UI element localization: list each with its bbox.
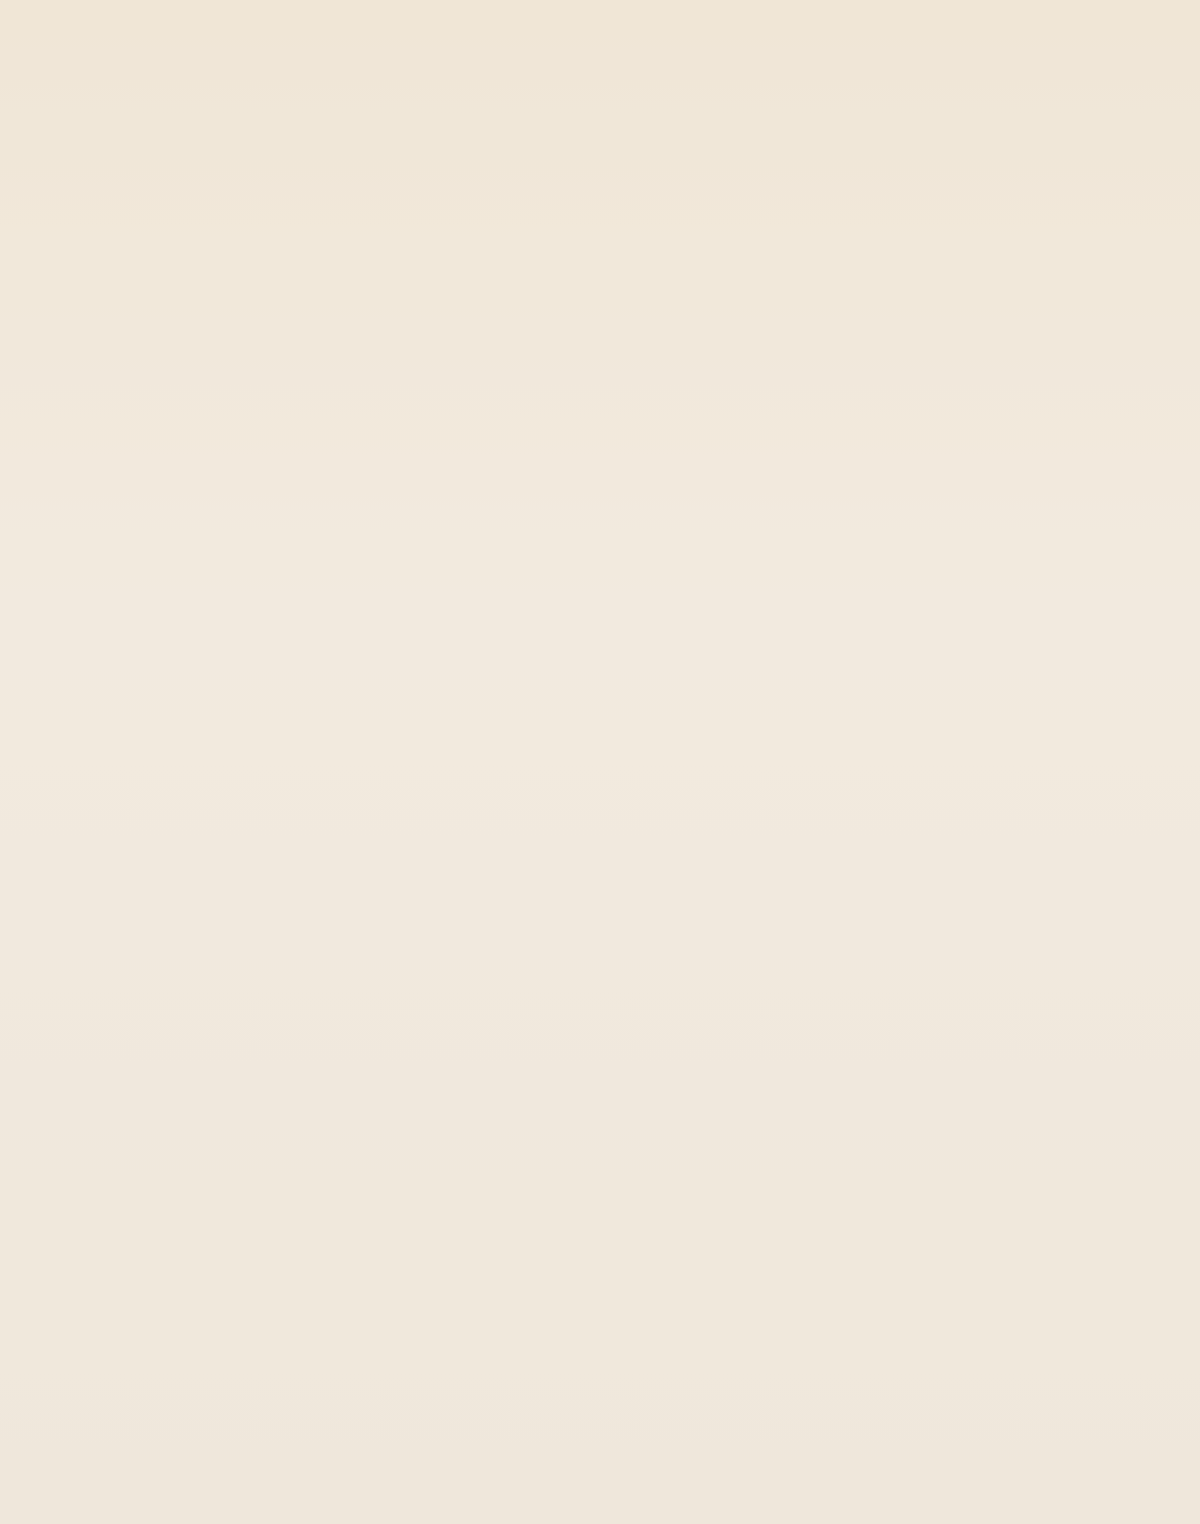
letter-page xyxy=(0,0,1200,1524)
